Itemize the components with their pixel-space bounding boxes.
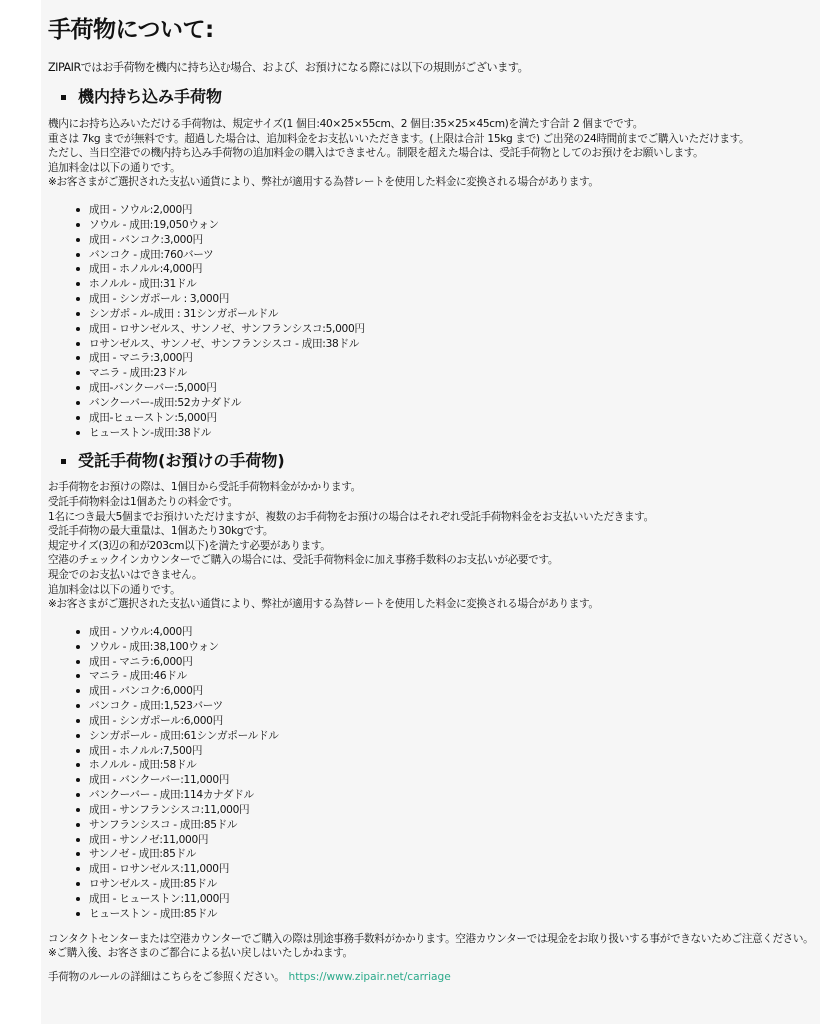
list-item: マニラ - 成田:23ドル xyxy=(76,366,820,381)
reference-text: 手荷物のルールの詳細はこちらをご参照ください。 xyxy=(48,971,285,983)
carry-on-rule-size: 機内にお持ち込みいただける手荷物は、規定サイズ(1 個目:40×25×55cm、… xyxy=(48,117,820,132)
checked-fee-intro: 追加料金は以下の通りです。 xyxy=(48,583,820,598)
service-fee-note: コンタクトセンターまたは空港カウンターでご購入の際は別途事務手数料がかかります。… xyxy=(48,932,820,947)
checked-baggage-fee-list: 成田 - ソウル:4,000円 ソウル - 成田:38,100ウォン 成田 - … xyxy=(48,625,820,922)
carry-on-fee-list: 成田 - ソウル:2,000円 ソウル - 成田:19,050ウォン 成田 - … xyxy=(48,203,820,441)
list-item: 成田 - ホノルル:4,000円 xyxy=(76,262,820,277)
square-bullet-icon xyxy=(61,459,66,464)
list-item: 成田 - サンフランシスコ:11,000円 xyxy=(76,803,820,818)
list-item: 成田 - シンガポール : 3,000円 xyxy=(76,292,820,307)
refund-note: ※ご購入後、お客さまのご都合による払い戻しはいたしかねます。 xyxy=(48,946,820,961)
list-item: ロサンゼルス - 成田:85ドル xyxy=(76,877,820,892)
carry-on-rule-weight: 重さは 7kg までが無料です。超過した場合は、追加料金をお支払いいただきます。… xyxy=(48,132,820,147)
carry-on-fee-intro: 追加料金は以下の通りです。 xyxy=(48,161,820,176)
list-item: ソウル - 成田:19,050ウォン xyxy=(76,218,820,233)
checked-rule: 空港のチェックインカウンターでご購入の場合には、受託手荷物料金に加え事務手数料の… xyxy=(48,553,820,568)
list-item: ホノルル - 成田:31ドル xyxy=(76,277,820,292)
carry-on-rule-airport: ただし、当日空港での機内持ち込み手荷物の追加料金の購入はできません。制限を超えた… xyxy=(48,146,820,161)
checked-rule: 現金でのお支払いはできません。 xyxy=(48,568,820,583)
carry-on-heading-label: 機内持ち込み手荷物 xyxy=(78,85,222,109)
checked-rule: 受託手荷物料金は1個あたりの料金です。 xyxy=(48,495,820,510)
checked-baggage-rules: お手荷物をお預けの際は、1個目から受託手荷物料金がかかります。 受託手荷物料金は… xyxy=(48,480,820,611)
checked-rule: 規定サイズ(3辺の和が203cm以下)を満たす必要があります。 xyxy=(48,539,820,554)
baggage-info-page: 手荷物について: ZIPAIRではお手荷物を機内に持ち込む場合、および、お預けに… xyxy=(41,0,820,1024)
list-item: ヒューストン - 成田:85ドル xyxy=(76,907,820,922)
list-item: バンクーバー - 成田:114カナダドル xyxy=(76,788,820,803)
list-item: ホノルル - 成田:58ドル xyxy=(76,758,820,773)
list-item: 成田 - ロサンゼルス:11,000円 xyxy=(76,862,820,877)
list-item: 成田 - ヒューストン:11,000円 xyxy=(76,892,820,907)
carry-on-rules: 機内にお持ち込みいただける手荷物は、規定サイズ(1 個目:40×25×55cm、… xyxy=(48,117,820,190)
checked-baggage-heading: 受託手荷物(お預けの手荷物) xyxy=(48,449,820,473)
list-item: 成田-ヒューストン:5,000円 xyxy=(76,411,820,426)
list-item: 成田 - ロサンゼルス、サンノゼ、サンフランシスコ:5,000円 xyxy=(76,322,820,337)
checked-rule: お手荷物をお預けの際は、1個目から受託手荷物料金がかかります。 xyxy=(48,480,820,495)
page-title: 手荷物について: xyxy=(48,14,820,46)
list-item: ソウル - 成田:38,100ウォン xyxy=(76,640,820,655)
square-bullet-icon xyxy=(61,95,66,100)
list-item: ロサンゼルス、サンノゼ、サンフランシスコ - 成田:38ドル xyxy=(76,337,820,352)
list-item: 成田 - ホノルル:7,500円 xyxy=(76,744,820,759)
checked-currency-note: ※お客さまがご選択された支払い通貨により、弊社が適用する為替レートを使用した料金… xyxy=(48,597,820,612)
list-item: バンクーバー-成田:52カナダドル xyxy=(76,396,820,411)
checked-rule: 1名につき最大5個までお預けいただけますが、複数のお手荷物をお預けの場合はそれぞ… xyxy=(48,510,820,525)
list-item: ヒューストン-成田:38ドル xyxy=(76,426,820,441)
content: 手荷物について: ZIPAIRではお手荷物を機内に持ち込む場合、および、お預けに… xyxy=(41,0,820,985)
carriage-rules-link[interactable]: https://www.zipair.net/carriage xyxy=(289,971,451,983)
list-item: 成田-バンクーバー:5,000円 xyxy=(76,381,820,396)
list-item: 成田 - バンコク:3,000円 xyxy=(76,233,820,248)
checked-rule: 受託手荷物の最大重量は、1個あたり30kgです。 xyxy=(48,524,820,539)
list-item: 成田 - ソウル:4,000円 xyxy=(76,625,820,640)
list-item: 成田 - マニラ:6,000円 xyxy=(76,655,820,670)
carry-on-heading: 機内持ち込み手荷物 xyxy=(48,85,820,109)
list-item: 成田 - バンクーバー:11,000円 xyxy=(76,773,820,788)
list-item: 成田 - ソウル:2,000円 xyxy=(76,203,820,218)
list-item: バンコク - 成田:1,523バーツ xyxy=(76,699,820,714)
intro-text: ZIPAIRではお手荷物を機内に持ち込む場合、および、お預けになる際には以下の規… xyxy=(48,60,820,76)
list-item: サンノゼ - 成田:85ドル xyxy=(76,847,820,862)
checked-baggage-heading-label: 受託手荷物(お預けの手荷物) xyxy=(78,449,285,473)
carry-on-currency-note: ※お客さまがご選択された支払い通貨により、弊社が適用する為替レートを使用した料金… xyxy=(48,175,820,190)
list-item: マニラ - 成田:46ドル xyxy=(76,669,820,684)
reference-line: 手荷物のルールの詳細はこちらをご参照ください。https://www.zipai… xyxy=(48,970,820,985)
list-item: シンガポ - ル-成田 : 31シンガポールドル xyxy=(76,307,820,322)
list-item: 成田 - マニラ:3,000円 xyxy=(76,351,820,366)
list-item: 成田 - バンコク:6,000円 xyxy=(76,684,820,699)
list-item: バンコク - 成田:760バーツ xyxy=(76,248,820,263)
list-item: シンガポール - 成田:61シンガポールドル xyxy=(76,729,820,744)
list-item: 成田 - サンノゼ:11,000円 xyxy=(76,833,820,848)
list-item: サンフランシスコ - 成田:85ドル xyxy=(76,818,820,833)
footer-notes: コンタクトセンターまたは空港カウンターでご購入の際は別途事務手数料がかかります。… xyxy=(48,932,820,961)
list-item: 成田 - シンガポール:6,000円 xyxy=(76,714,820,729)
